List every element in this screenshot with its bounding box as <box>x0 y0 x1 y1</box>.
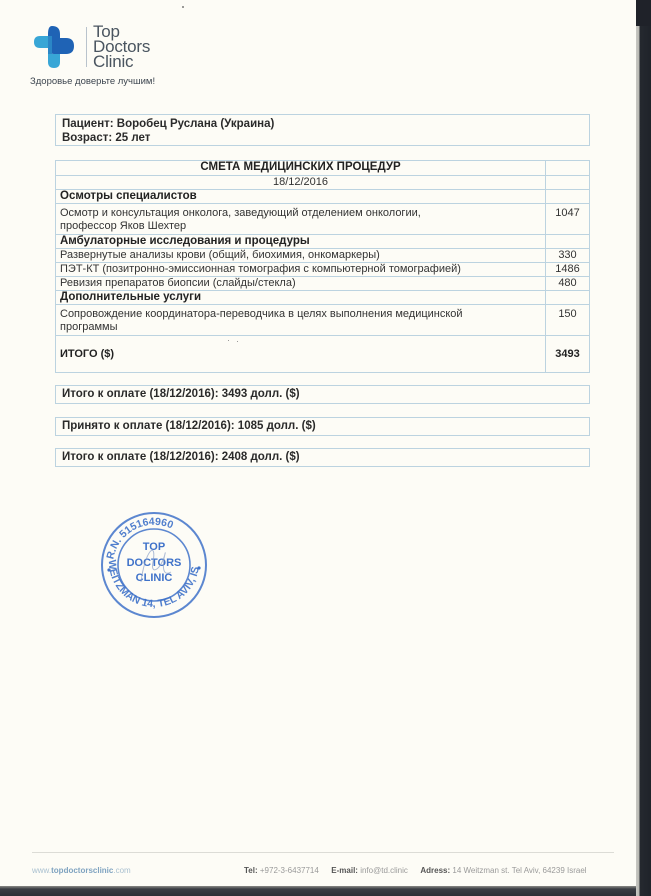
empty-cell <box>546 161 590 176</box>
section-heading-row: Дополнительные услуги <box>56 291 590 305</box>
footer-website-link[interactable]: www.topdoctorsclinic.com <box>32 866 131 875</box>
scan-edge-bottom <box>0 886 636 896</box>
medical-cross-logo-icon <box>30 24 78 70</box>
logo-word-clinic: Clinic <box>93 54 150 69</box>
logo-divider <box>86 27 87 67</box>
section-heading-row: Амбулаторные исследования и процедуры <box>56 235 590 249</box>
payment-remaining: Итого к оплате (18/12/2016): 2408 долл. … <box>55 448 590 467</box>
section-heading: Амбулаторные исследования и процедуры <box>56 235 546 249</box>
svg-text:TOP: TOP <box>143 541 165 553</box>
empty-cell <box>546 291 590 305</box>
total-row: ИТОГО ($) 3493 <box>56 336 590 373</box>
scan-edge-right <box>636 0 651 896</box>
table-date-row: 18/12/2016 <box>56 176 590 190</box>
scan-speck <box>228 340 229 341</box>
item-amount: 150 <box>546 305 590 336</box>
logo-tagline: Здоровье доверьте лучшим! <box>30 76 155 87</box>
item-amount: 480 <box>546 277 590 291</box>
section-heading: Дополнительные услуги <box>56 291 546 305</box>
clinic-stamp-icon: R.N. 515164960 WEITZMAN 14, TEL AVIV, IS… <box>95 510 213 620</box>
item-description: Развернутые анализы крови (общий, биохим… <box>56 249 546 263</box>
address-label: Adress: <box>420 866 450 875</box>
item-amount: 1486 <box>546 263 590 277</box>
footer-divider <box>32 852 614 853</box>
footer-contacts: Tel: +972-3-6437714 E-mail: info@td.clin… <box>244 866 587 875</box>
item-description-line: Осмотр и консультация онколога, заведующ… <box>60 207 541 220</box>
patient-info-box: Пациент: Воробец Руслана (Украина) Возра… <box>55 114 590 146</box>
empty-cell <box>546 176 590 190</box>
total-amount: 3493 <box>546 336 590 373</box>
scan-speck <box>237 341 238 342</box>
estimate-title: СМЕТА МЕДИЦИНСКИХ ПРОЦЕДУР <box>56 161 546 176</box>
item-description-line: программы <box>60 321 541 334</box>
patient-age: Возраст: 25 лет <box>62 131 583 145</box>
payment-due-total: Итого к оплате (18/12/2016): 3493 долл. … <box>55 385 590 404</box>
table-row: Осмотр и консультация онколога, заведующ… <box>56 204 590 235</box>
logo-wordmark: Top Doctors Clinic <box>93 24 150 69</box>
empty-cell <box>546 235 590 249</box>
document-page: Top Doctors Clinic Здоровье доверьте луч… <box>0 0 636 886</box>
email-label: E-mail: <box>331 866 358 875</box>
item-amount: 330 <box>546 249 590 263</box>
table-row: Сопровождение координатора-переводчика в… <box>56 305 590 336</box>
tel-label: Tel: <box>244 866 258 875</box>
item-amount: 1047 <box>546 204 590 235</box>
item-description: Ревизия препаратов биопсии (слайды/стекл… <box>56 277 546 291</box>
section-heading: Осмотры специалистов <box>56 190 546 204</box>
table-row: ПЭТ-КТ (позитронно-эмиссионная томографи… <box>56 263 590 277</box>
item-description: Сопровождение координатора-переводчика в… <box>56 305 546 336</box>
address-value: 14 Weitzman st. Tel Aviv, 64239 Israel <box>452 866 586 875</box>
clinic-logo: Top Doctors Clinic Здоровье доверьте луч… <box>30 24 200 89</box>
empty-cell <box>546 190 590 204</box>
table-row: Ревизия препаратов биопсии (слайды/стекл… <box>56 277 590 291</box>
scan-speck <box>182 6 184 8</box>
email-value[interactable]: info@td.clinic <box>360 866 408 875</box>
item-description-line: профессор Яков Шехтер <box>60 220 541 233</box>
table-title-row: СМЕТА МЕДИЦИНСКИХ ПРОЦЕДУР <box>56 161 590 176</box>
item-description: ПЭТ-КТ (позитронно-эмиссионная томографи… <box>56 263 546 277</box>
tel-value: +972-3-6437714 <box>260 866 319 875</box>
section-heading-row: Осмотры специалистов <box>56 190 590 204</box>
estimate-date: 18/12/2016 <box>56 176 546 190</box>
item-description: Осмотр и консультация онколога, заведующ… <box>56 204 546 235</box>
table-row: Развернутые анализы крови (общий, биохим… <box>56 249 590 263</box>
payment-received: Принято к оплате (18/12/2016): 1085 долл… <box>55 417 590 436</box>
estimate-table: СМЕТА МЕДИЦИНСКИХ ПРОЦЕДУР 18/12/2016 Ос… <box>55 160 590 373</box>
total-label: ИТОГО ($) <box>56 336 546 373</box>
patient-name: Пациент: Воробец Руслана (Украина) <box>62 117 583 131</box>
item-description-line: Сопровождение координатора-переводчика в… <box>60 308 541 321</box>
